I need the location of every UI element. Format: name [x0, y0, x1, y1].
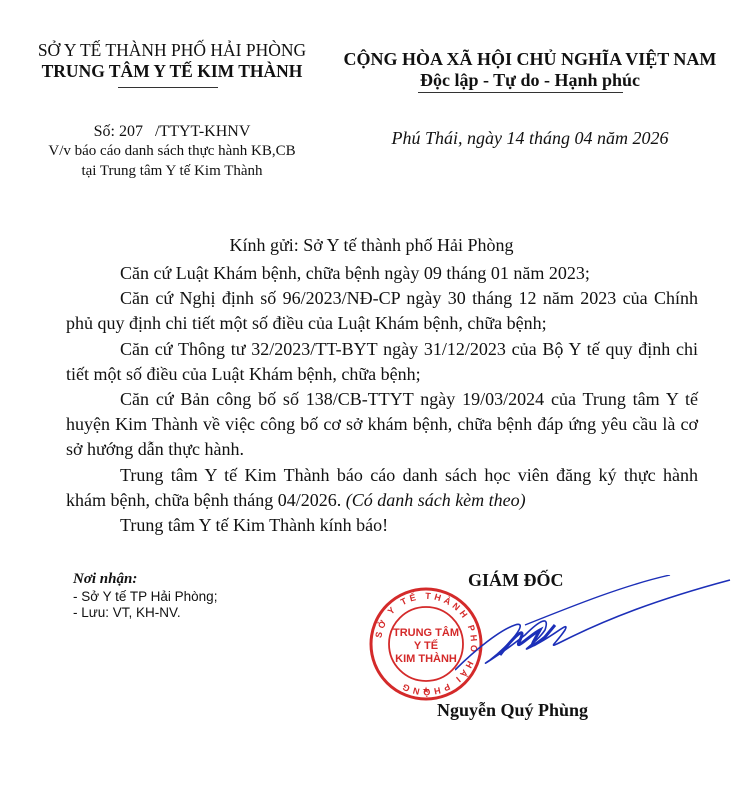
unit-underline — [118, 87, 218, 88]
closing-paragraph: Trung tâm Y tế Kim Thành kính báo! — [66, 513, 698, 538]
stamp-inner-line: Y TẾ — [414, 639, 438, 652]
subject-line-2: tại Trung tâm Y tế Kim Thành — [37, 163, 307, 180]
stamp-inner-line: KIM THÀNH — [395, 652, 457, 665]
agency-name: SỞ Y TẾ THÀNH PHỐ HẢI PHÒNG — [37, 40, 307, 61]
body-paragraph: Căn cứ Luật Khám bệnh, chữa bệnh ngày 09… — [66, 261, 698, 286]
signer-name: Nguyễn Quý Phùng — [437, 700, 588, 721]
body-paragraph: Căn cứ Bản công bố số 138/CB-TTYT ngày 1… — [66, 387, 698, 463]
report-paragraph: Trung tâm Y tế Kim Thành báo cáo danh sá… — [66, 463, 698, 513]
unit-name: TRUNG TÂM Y TẾ KIM THÀNH — [37, 61, 307, 82]
handwritten-signature-icon — [455, 575, 735, 695]
recipient-item: - Sở Y tế TP Hải Phòng; — [73, 589, 217, 604]
subject-line-1: V/v báo cáo danh sách thực hành KB,CB — [37, 143, 307, 160]
stamp-star-icon: ★ — [422, 685, 430, 695]
body-paragraph: Căn cứ Nghị định số 96/2023/NĐ-CP ngày 3… — [66, 286, 698, 336]
stamp-inner-line: TRUNG TÂM — [393, 626, 459, 639]
motto-underline — [418, 92, 623, 93]
national-motto: Độc lập - Tự do - Hạnh phúc — [340, 70, 720, 91]
recipient-item: - Lưu: VT, KH-NV. — [73, 605, 181, 620]
document-number: Số: 207 /TTYT-KHNV — [37, 123, 307, 141]
recipient-line: Kính gửi: Sở Y tế thành phố Hải Phòng — [0, 235, 743, 256]
attachment-note: (Có danh sách kèm theo) — [346, 490, 526, 510]
place-date: Phú Thái, ngày 14 tháng 04 năm 2026 — [340, 128, 720, 149]
document-body: Căn cứ Luật Khám bệnh, chữa bệnh ngày 09… — [66, 261, 698, 538]
recipients-label: Nơi nhận: — [73, 571, 137, 588]
country-name: CỘNG HÒA XÃ HỘI CHỦ NGHĨA VIỆT NAM — [340, 49, 720, 70]
body-paragraph: Căn cứ Thông tư 32/2023/TT-BYT ngày 31/1… — [66, 337, 698, 387]
